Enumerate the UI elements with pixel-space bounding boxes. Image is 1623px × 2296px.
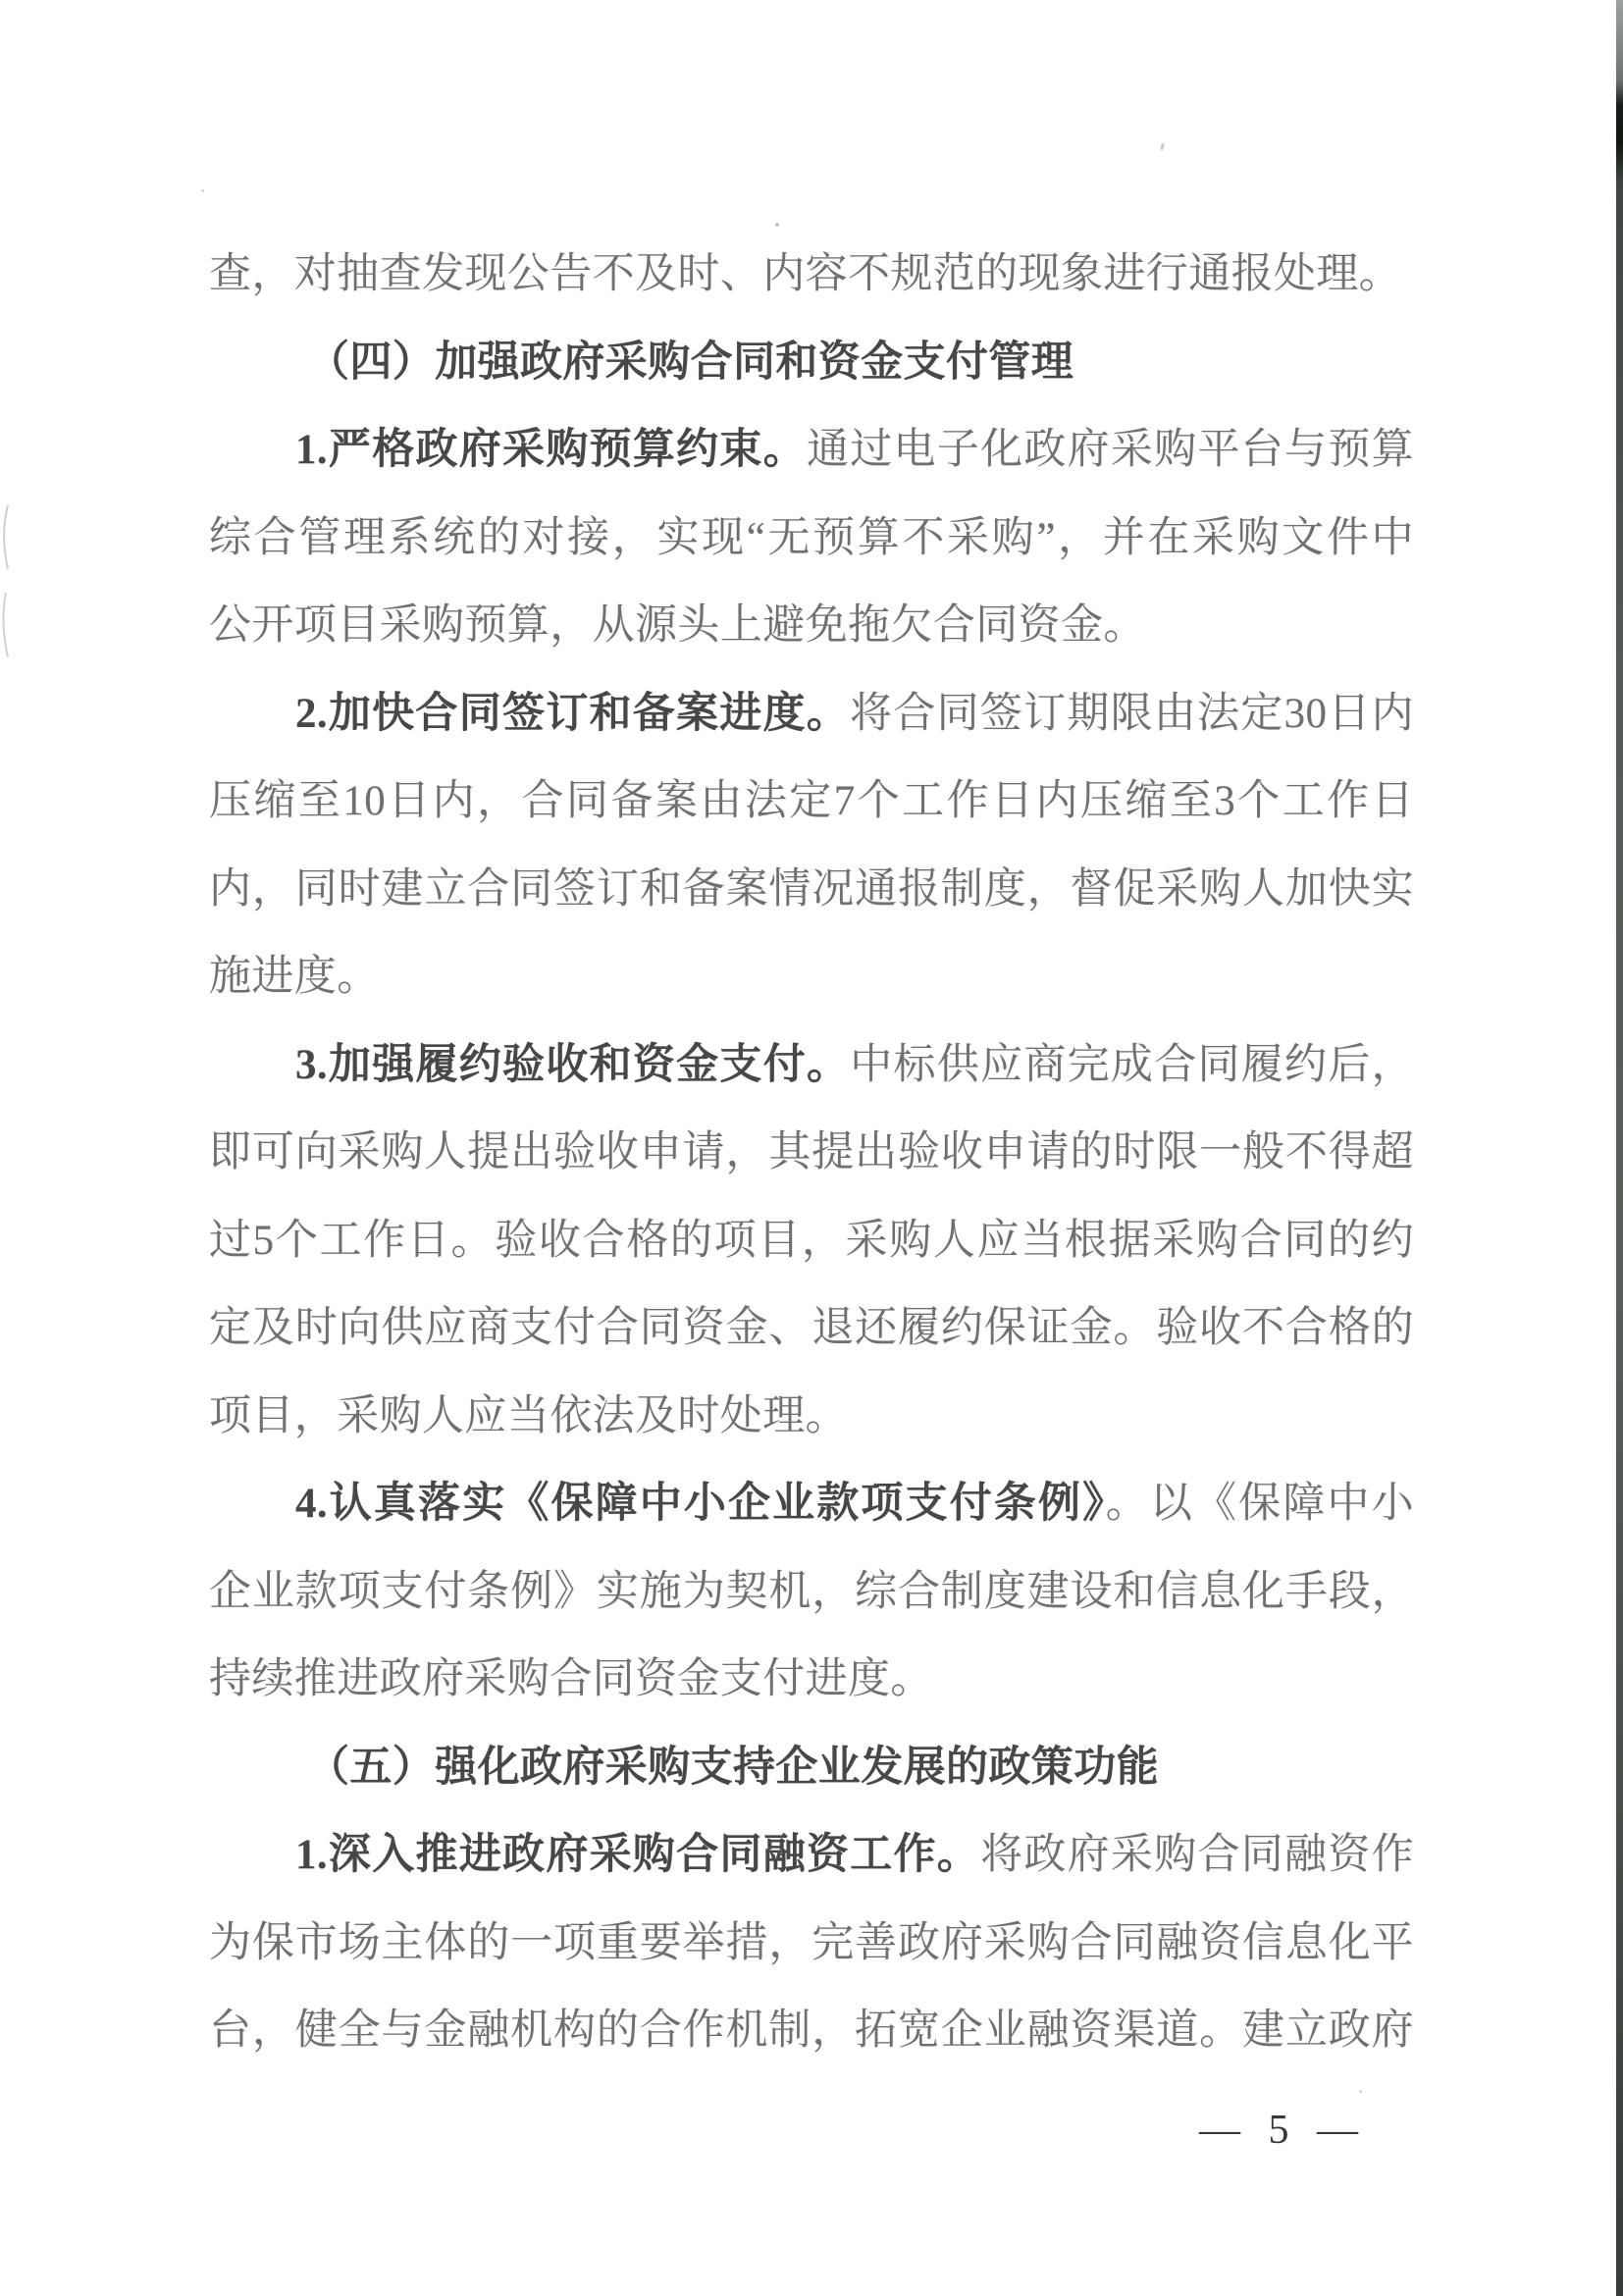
- body-run: 内，同时建立合同签订和备案情况通报制度，督促采购人加快实: [209, 866, 1414, 913]
- text-line: 3.加强履约验收和资金支付。中标供应商完成合同履约后，: [209, 1021, 1414, 1110]
- bold-run: 1.严格政府采购预算约束。: [295, 427, 807, 473]
- text-line: 台，健全与金融机构的合作机制，拓宽企业融资渠道。建立政府: [209, 1987, 1414, 2075]
- bold-run: 1.深入推进政府采购合同融资工作。: [295, 1832, 980, 1878]
- dust-speck: [775, 223, 779, 227]
- body-run: 将政府采购合同融资作: [980, 1832, 1414, 1878]
- body-run: 过5个工作日。验收合格的项目，采购人应当根据采购合同的约: [209, 1218, 1414, 1264]
- text-line: 公开项目采购预算，从源头上避免拖欠合同资金。: [209, 582, 1414, 670]
- body-run: 持续推进政府采购合同资金支付进度。: [209, 1656, 933, 1702]
- text-line: 企业款项支付条例》实施为契机，综合制度建设和信息化手段，: [209, 1548, 1414, 1637]
- text-line: 压缩至10日内，合同备案由法定7个工作日内压缩至3个工作日: [209, 757, 1414, 846]
- text-line: 2.加快合同签订和备案进度。将合同签订期限由法定30日内: [209, 670, 1414, 758]
- text-line: （五）强化政府采购支持企业发展的政策功能: [209, 1724, 1414, 1812]
- text-line: （四）加强政府采购合同和资金支付管理: [209, 319, 1414, 407]
- scan-edge-strip-right: [1616, 0, 1623, 2296]
- bold-run: （四）加强政府采购合同和资金支付管理: [307, 339, 1073, 386]
- text-line: 内，同时建立合同签订和备案情况通报制度，督促采购人加快实: [209, 846, 1414, 934]
- body-run: 查，对抽查发现公告不及时、内容不规范的现象进行通报处理。: [209, 251, 1401, 297]
- document-body: 查，对抽查发现公告不及时、内容不规范的现象进行通报处理。 （四）加强政府采购合同…: [209, 231, 1414, 2075]
- body-run: 将合同签订期限由法定30日内: [850, 691, 1414, 737]
- text-line: 为保市场主体的一项重要举措，完善政府采购合同融资信息化平: [209, 1900, 1414, 1988]
- body-run: 为保市场主体的一项重要举措，完善政府采购合同融资信息化平: [209, 1920, 1414, 1966]
- body-run: 通过电子化政府采购平台与预算: [807, 427, 1414, 473]
- text-line: 1.严格政府采购预算约束。通过电子化政府采购平台与预算: [209, 406, 1414, 495]
- text-line: 施进度。: [209, 933, 1414, 1021]
- bold-run: （五）强化政府采购支持企业发展的政策功能: [307, 1745, 1159, 1791]
- text-line: 项目，采购人应当依法及时处理。: [209, 1373, 1414, 1461]
- text-line: 定及时向供应商支付合同资金、退还履约保证金。验收不合格的: [209, 1284, 1414, 1373]
- body-run: 压缩至10日内，合同备案由法定7个工作日内压缩至3个工作日: [209, 778, 1414, 824]
- text-line: 1.深入推进政府采购合同融资工作。将政府采购合同融资作: [209, 1811, 1414, 1900]
- body-run: 企业款项支付条例》实施为契机，综合制度建设和信息化手段，: [209, 1569, 1414, 1615]
- text-line: 4.认真落实《保障中小企业款项支付条例》。以《保障中小: [209, 1460, 1414, 1548]
- dust-speck: [1359, 2090, 1362, 2093]
- scan-artifact-left: [0, 502, 14, 664]
- text-line: 过5个工作日。验收合格的项目，采购人应当根据采购合同的约: [209, 1197, 1414, 1285]
- text-line: 综合管理系统的对接，实现“无预算不采购”，并在采购文件中: [209, 495, 1414, 583]
- body-run: 公开项目采购预算，从源头上避免拖欠合同资金。: [209, 602, 1146, 649]
- text-line: 即可向采购人提出验收申请，其提出验收申请的时限一般不得超: [209, 1109, 1414, 1197]
- body-run: 即可向采购人提出验收申请，其提出验收申请的时限一般不得超: [209, 1129, 1414, 1175]
- document-page: 查，对抽查发现公告不及时、内容不规范的现象进行通报处理。 （四）加强政府采购合同…: [0, 0, 1623, 2296]
- text-line: 查，对抽查发现公告不及时、内容不规范的现象进行通报处理。: [209, 231, 1414, 319]
- body-run: 中标供应商完成合同履约后，: [850, 1042, 1414, 1088]
- text-line: 持续推进政府采购合同资金支付进度。: [209, 1636, 1414, 1724]
- page-number: — 5 —: [1199, 2100, 1367, 2161]
- bold-run: 4.认真落实《保障中小企业款项支付条例》: [295, 1481, 1106, 1527]
- bold-run: 2.加快合同签订和备案进度。: [295, 691, 850, 737]
- bold-run: 3.加强履约验收和资金支付。: [295, 1042, 850, 1088]
- body-run: 。以《保障中小: [1106, 1481, 1414, 1527]
- dust-speck: [1160, 143, 1165, 151]
- dust-speck: [201, 189, 204, 192]
- body-run: 定及时向供应商支付合同资金、退还履约保证金。验收不合格的: [209, 1305, 1414, 1351]
- body-run: 台，健全与金融机构的合作机制，拓宽企业融资渠道。建立政府: [209, 2008, 1414, 2054]
- body-run: 项目，采购人应当依法及时处理。: [209, 1393, 848, 1439]
- body-run: 施进度。: [209, 954, 380, 1000]
- body-run: 综合管理系统的对接，实现“无预算不采购”，并在采购文件中: [209, 515, 1414, 561]
